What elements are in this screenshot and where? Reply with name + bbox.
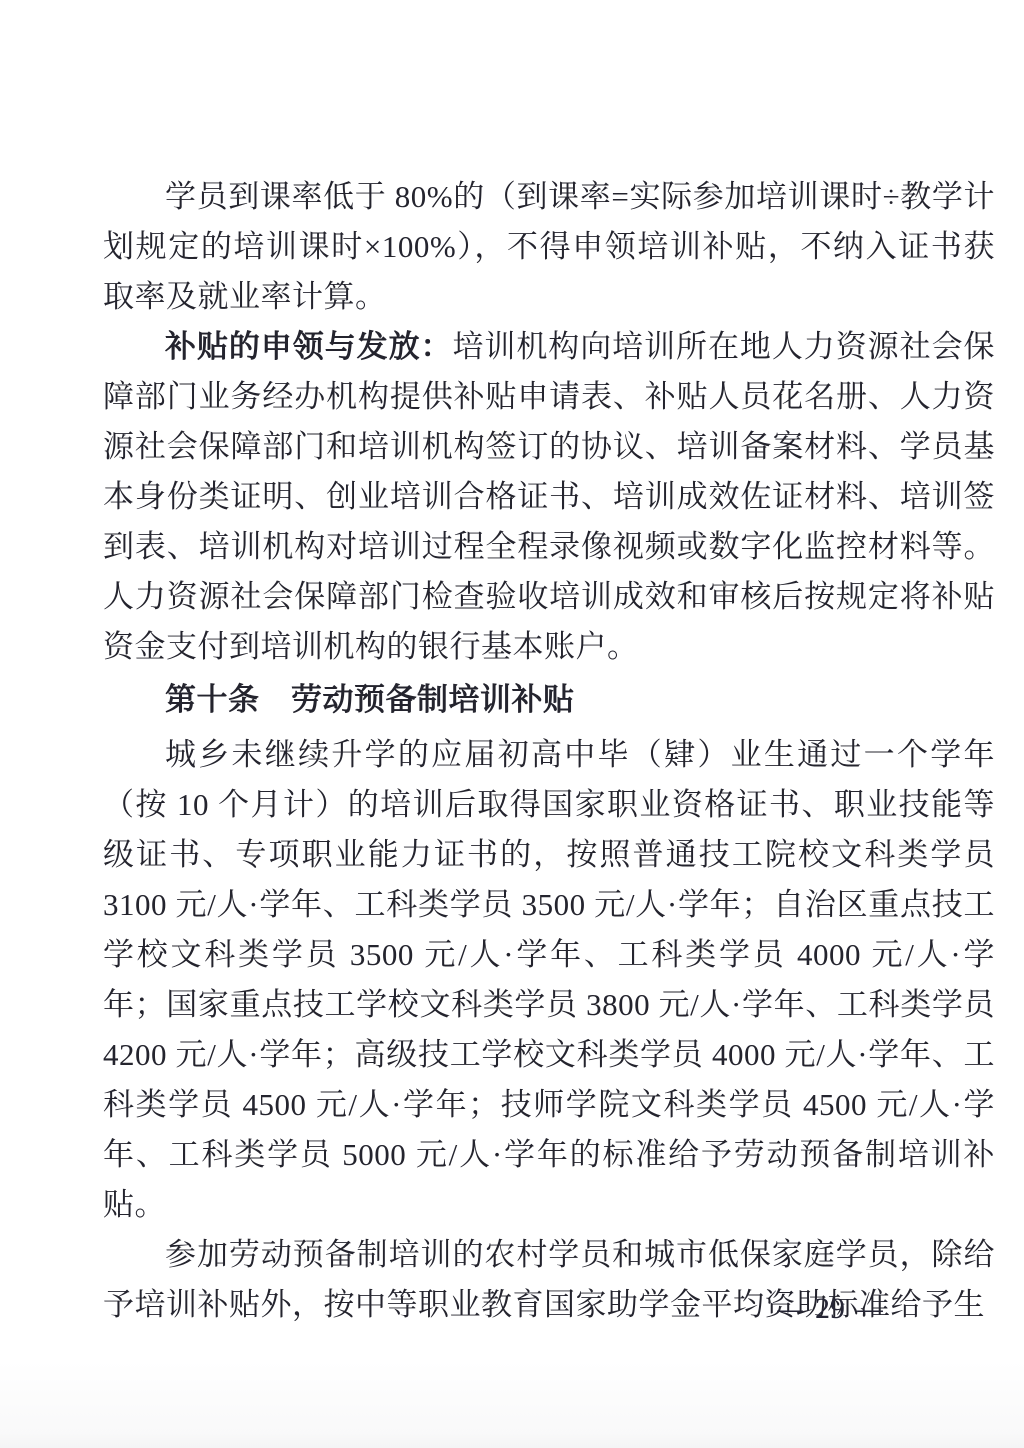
paragraph-labor-preparatory-subsidy: 城乡未继续升学的应届初高中毕（肄）业生通过一个学年（按 10 个月计）的培训后取…	[103, 730, 995, 1230]
paragraph-body-text: 培训机构向培训所在地人力资源社会保障部门业务经办机构提供补贴申请表、补贴人员花名…	[103, 329, 995, 664]
heading-article-10: 第十条 劳动预备制培训补贴	[103, 675, 995, 725]
paragraph-attendance-rule: 学员到课率低于 80%的（到课率=实际参加培训课时÷教学计划规定的培训课时×10…	[103, 172, 995, 322]
document-body: 学员到课率低于 80%的（到课率=实际参加培训课时÷教学计划规定的培训课时×10…	[103, 172, 995, 1330]
page-number: 29	[815, 1291, 845, 1327]
paragraph-subsidy-application: 补贴的申领与发放：培训机构向培训所在地人力资源社会保障部门业务经办机构提供补贴申…	[103, 322, 995, 672]
page-footer: —29—	[103, 1291, 995, 1327]
paragraph-bold-lead: 补贴的申领与发放：	[165, 329, 452, 364]
footer-right-dash: —	[857, 1291, 883, 1327]
document-page: 学员到课率低于 80%的（到课率=实际参加培训课时÷教学计划规定的培训课时×10…	[0, 0, 1024, 1448]
footer-left-dash: —	[777, 1291, 803, 1327]
